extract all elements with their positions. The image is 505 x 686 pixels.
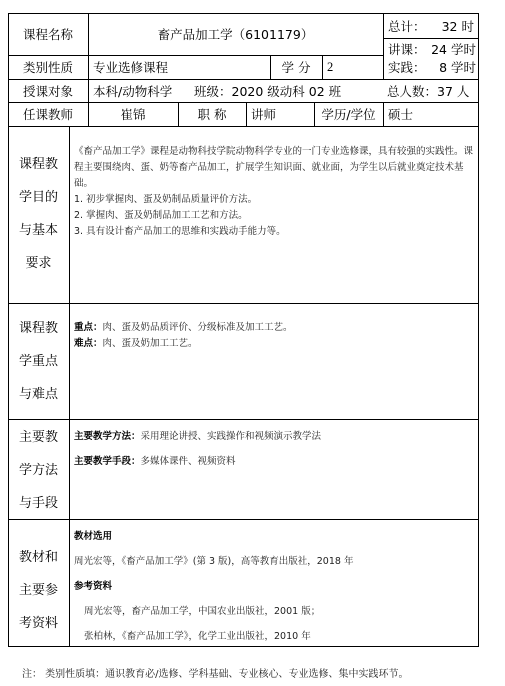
headcount-label: 总人数：: [387, 82, 437, 100]
row-line: [8, 303, 479, 304]
reference-entry: 张柏林，《畜产品加工学》，化学工业出版社，2010 年: [74, 624, 474, 649]
practice-hours-value: 8 学时: [439, 58, 476, 76]
difficulty-label: 难点：: [74, 338, 103, 349]
total-hours-label: 总计：: [388, 17, 426, 35]
total-hours-value: 32 时: [442, 17, 476, 35]
materials-label: 教材和 主要参 考资料: [8, 541, 69, 640]
table-border-right: [478, 13, 479, 647]
teacher-value: 崔锦: [88, 102, 178, 126]
practice-hours: 实践： 8 学时: [388, 58, 476, 76]
col-line: [383, 13, 384, 79]
degree-label: 学历/学位: [314, 102, 383, 126]
practice-hours-label: 实践：: [388, 58, 426, 76]
class-value: 2020 级动科 02 班: [232, 82, 342, 100]
focus-line: 重点：肉、蛋及奶品质评价、分级标准及加工工艺。: [74, 320, 474, 336]
course-name-label: 课程名称: [8, 13, 88, 55]
objective-item: 1. 初步掌握肉、蛋及奶制品质量评价方法。: [74, 192, 474, 208]
credit-label: 学 分: [270, 55, 322, 79]
row-line: [383, 38, 478, 39]
method-label: 主要教学方法：: [74, 431, 141, 442]
objectives-label: 课程教 学目的 与基本 要求: [8, 148, 69, 280]
footnote: 注： 类别性质填：通识教育必/选修、学科基础、专业核心、专业选修、集中实践环节。: [22, 665, 409, 680]
lecture-hours-label: 讲课：: [388, 40, 426, 58]
lecture-hours: 讲课： 24 学时: [388, 40, 476, 58]
headcount-value: 37 人: [437, 82, 469, 100]
means-label: 主要教学手段：: [74, 456, 141, 467]
objectives-content: 《畜产品加工学》课程是动物科技学院动物科学专业的一门专业选修课，具有较强的实践性…: [74, 144, 474, 240]
objective-item: 2. 掌握肉、蛋及奶制品加工工艺和方法。: [74, 208, 474, 224]
title-value: 讲师: [246, 102, 314, 126]
focus-label: 重点：: [74, 322, 103, 333]
materials-content: 教材选用 周光宏等，《畜产品加工学》(第 3 版)，高等教育出版社，2018 年…: [74, 524, 474, 649]
difficulty-line: 难点：肉、蛋及奶加工工艺。: [74, 336, 474, 352]
audience-label: 授课对象: [8, 79, 88, 102]
objective-item: 3. 具有设计畜产品加工的思维和实践动手能力等。: [74, 224, 474, 240]
reference-entry: 周光宏等，畜产品加工学，中国农业出版社，2001 版；: [74, 599, 474, 624]
key-points-label: 课程教 学重点 与难点: [8, 312, 69, 411]
col-line: [69, 126, 70, 646]
category-value: 专业选修课程: [88, 55, 270, 79]
objectives-intro: 《畜产品加工学》课程是动物科技学院动物科学专业的一门专业选修课，具有较强的实践性…: [74, 144, 474, 192]
means-value: 多媒体课件、视频资料: [141, 456, 236, 467]
lecture-hours-value: 24 学时: [431, 40, 476, 58]
means-line: 主要教学手段：多媒体课件、视频资料: [74, 449, 474, 474]
class-label: 班级：: [194, 82, 232, 100]
audience-value: 本科/动物科学: [88, 79, 188, 102]
method-line: 主要教学方法：采用理论讲授、实践操作和视频演示教学法: [74, 424, 474, 449]
degree-value: 硕士: [383, 102, 478, 126]
methods-label: 主要教 学方法 与手段: [8, 421, 69, 520]
row-line: [8, 126, 479, 127]
teacher-label: 任课教师: [8, 102, 88, 126]
method-value: 采用理论讲授、实践操作和视频演示教学法: [141, 431, 322, 442]
textbook-heading: 教材选用: [74, 524, 474, 549]
headcount: 总人数： 37 人: [387, 79, 477, 102]
textbook-entry: 周光宏等，《畜产品加工学》(第 3 版)，高等教育出版社，2018 年: [74, 549, 474, 574]
key-points-content: 重点：肉、蛋及奶品质评价、分级标准及加工工艺。 难点：肉、蛋及奶加工工艺。: [74, 320, 474, 352]
class-info: 班级： 2020 级动科 02 班: [194, 79, 374, 102]
title-label: 职 称: [178, 102, 246, 126]
total-hours: 总计： 32 时: [388, 13, 476, 38]
row-line: [8, 519, 479, 520]
focus-value: 肉、蛋及奶品质评价、分级标准及加工工艺。: [103, 322, 293, 333]
row-line: [8, 419, 479, 420]
references-heading: 参考资料: [74, 574, 474, 599]
category-label: 类别性质: [8, 55, 88, 79]
difficulty-value: 肉、蛋及奶加工工艺。: [103, 338, 198, 349]
course-name-value: 畜产品加工学（6101179）: [88, 13, 383, 55]
credit-value: 2: [322, 55, 383, 79]
methods-content: 主要教学方法：采用理论讲授、实践操作和视频演示教学法 主要教学手段：多媒体课件、…: [74, 424, 474, 474]
